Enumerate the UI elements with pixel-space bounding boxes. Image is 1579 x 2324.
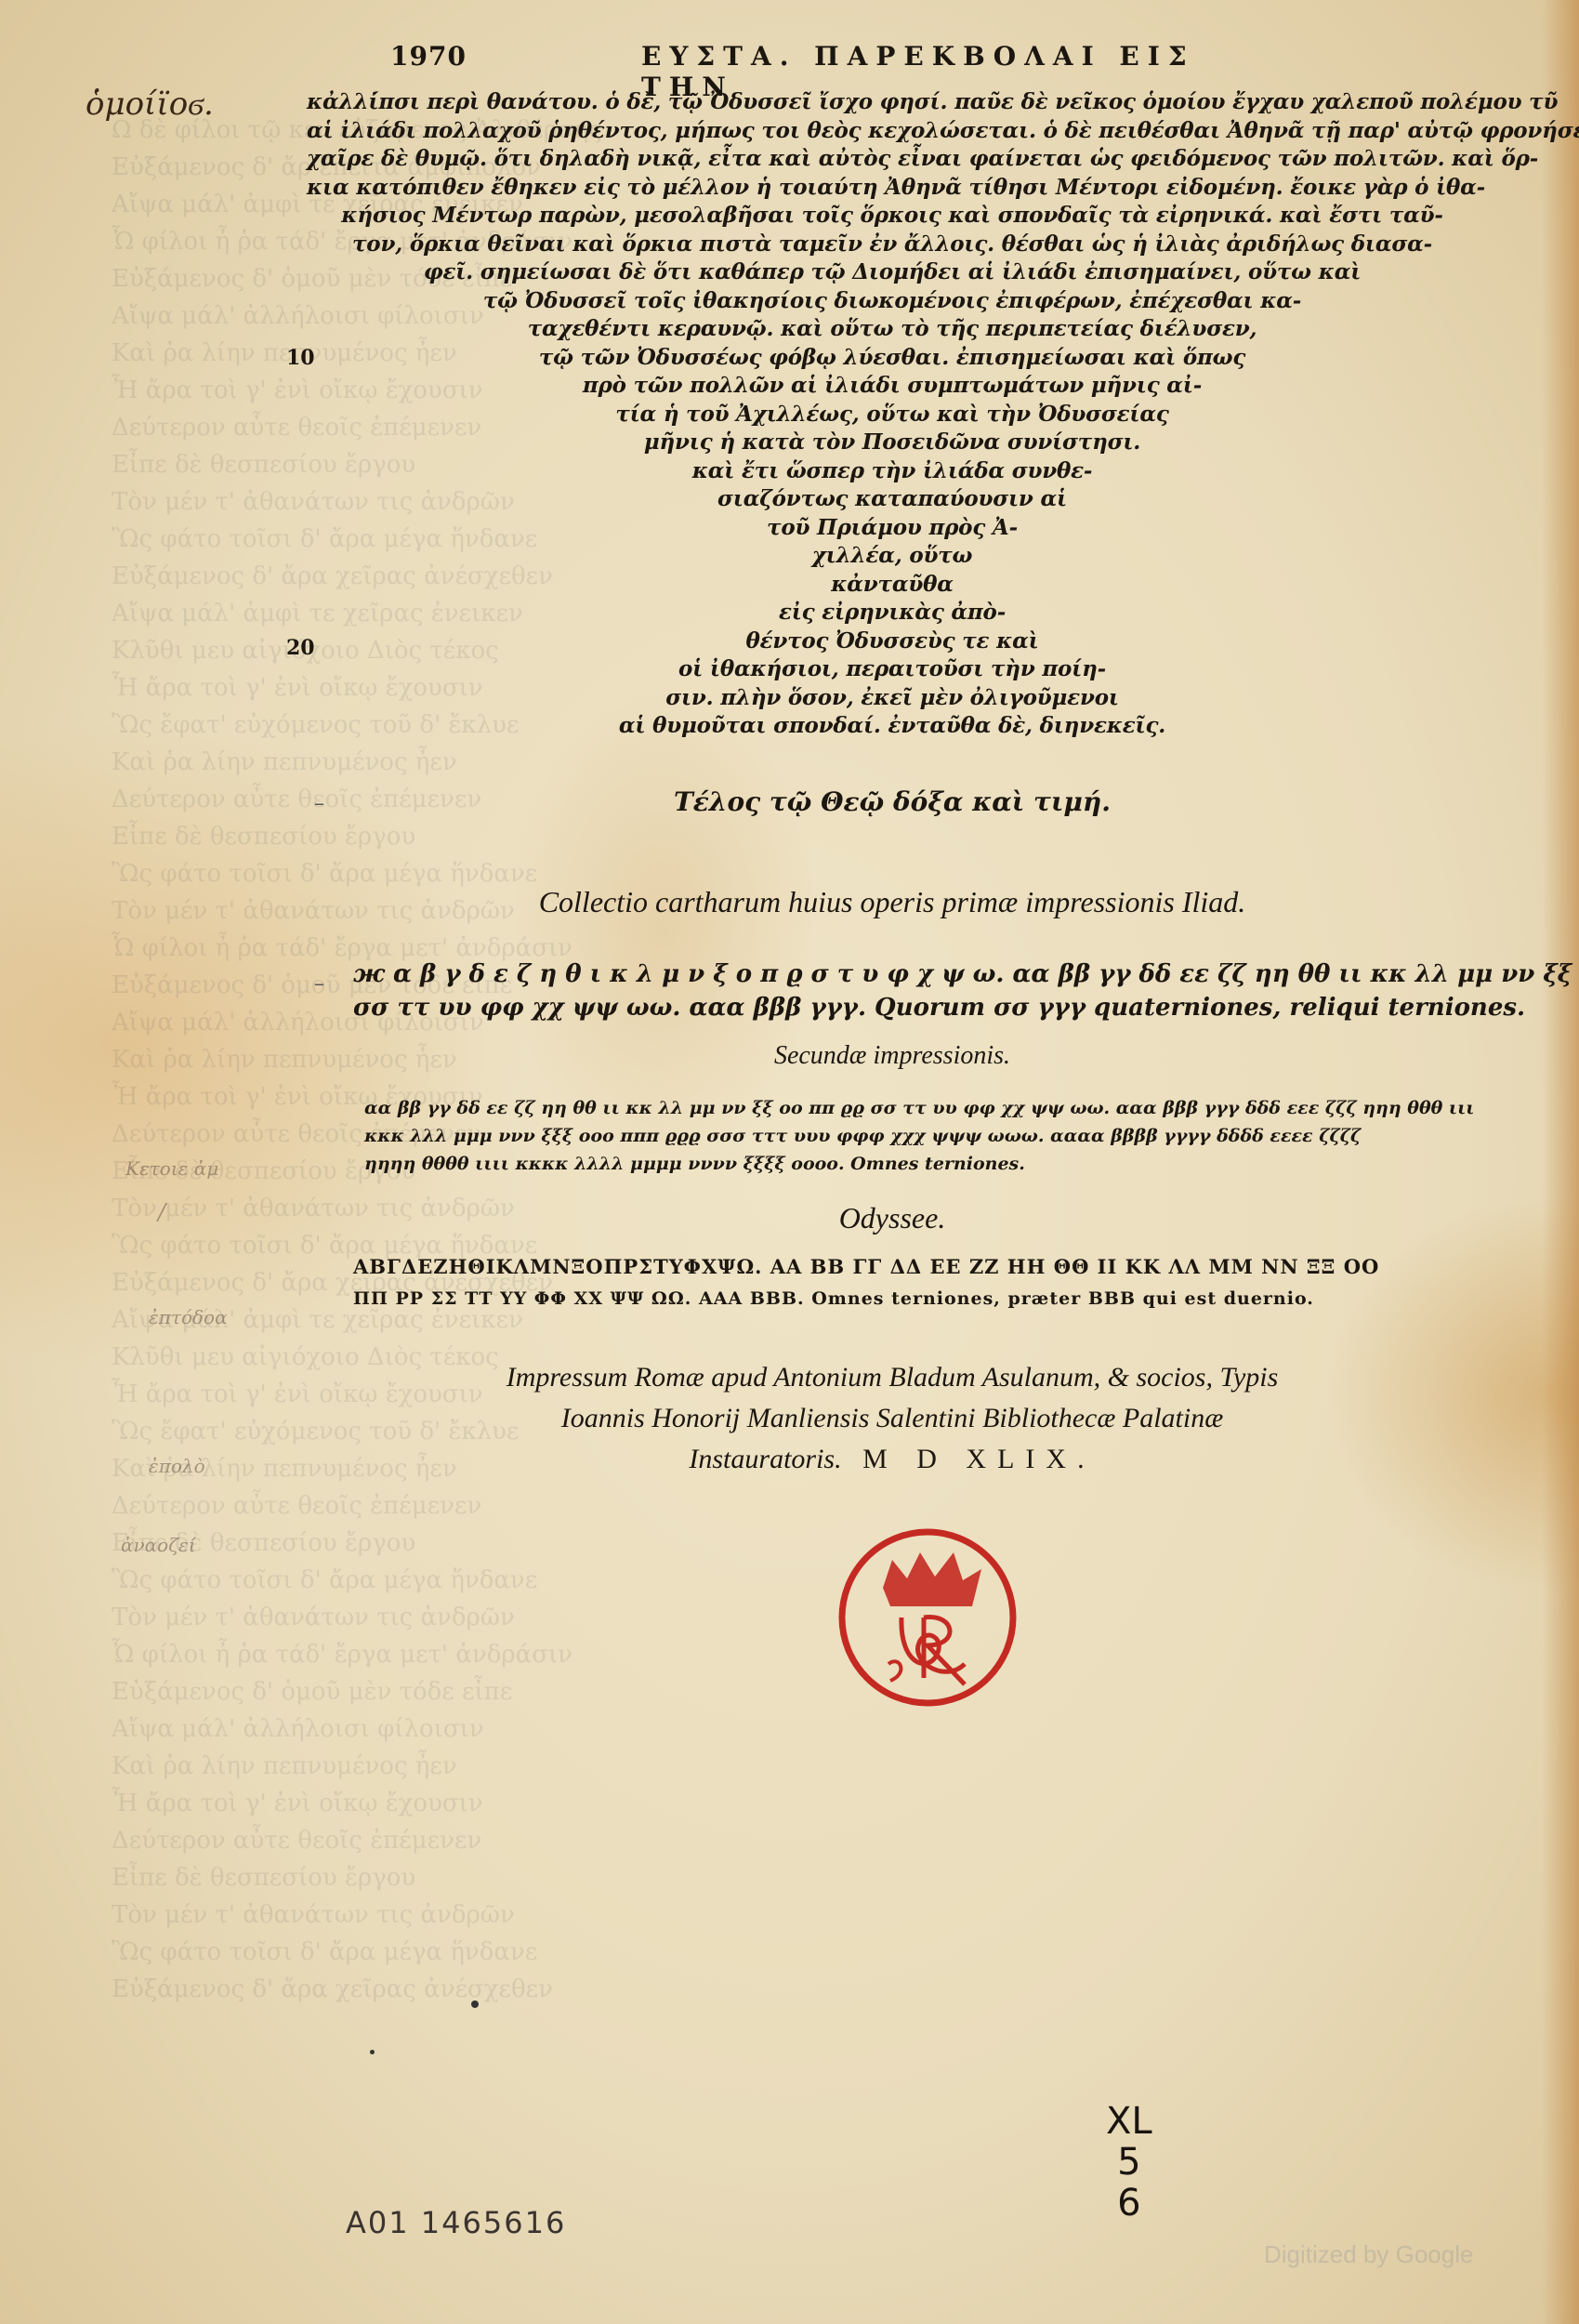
page-header: 1970 ΕΥΣΤΑ. ΠΑΡΕΚΒΟΛΑΙ ΕΙΣ ΤΗΝ [390,41,1301,78]
text-line: τῷ τῶν Ὀδυσσέως φόβῳ λύεσθαι. ἐπισημείωσ… [307,344,1478,373]
colophon-line: Impressum Romæ apud Antonium Bladum Asul… [307,1357,1478,1398]
shelfmark-handwritten: A01 1465616 [346,2205,566,2240]
commentary-body: κἀλλί̇πσι περὶ θανάτου. ὁ δὲ, τῷ Ὀδυσσεῖ… [307,88,1478,741]
signature-register-line: ΠΠ ΡΡ ΣΣ ΤΤ ΥΥ ΦΦ ΧΧ ΨΨ ΩΩ. ΑΑΑ ΒΒΒ. Omn… [353,1283,1487,1314]
folio-note-line: XL [1106,2101,1152,2142]
margin-note-faint: ἀναοζεί [121,1534,196,1556]
finis-line: Τέλος τῷ Θεῷ δόξα καὶ τιμή. [307,786,1478,817]
margin-note-faint: ἐπολὸ [149,1455,205,1477]
folio-note-handwritten: XL 5 6 [1106,2101,1152,2224]
page-edge-shadow [1542,0,1579,2324]
text-line: καὶ ἔτι ὥσπερ τὴν ἰλιάδα συνθε- [307,457,1478,486]
text-line: θέντος Ὀδυσσεὺς τε καὶ [307,627,1478,656]
signature-register-line: ΑΒΓΔΕΖΗΘΙΚΛΜΝΞΟΠΡΣΤΥΦΧΨΩ. ΑΑ ΒΒ ΓΓ ΔΔ ΕΕ… [353,1251,1487,1283]
margin-note-faint: ἐπτόδοα [149,1306,228,1328]
text-line: κἀνταῦθα [307,571,1478,600]
text-line: φεῖ. σημείωσαι δὲ ὅτι καθάπερ τῷ Διομήδε… [307,258,1478,287]
text-line: κια κατόπιθεν ἔθηκεν εἰς τὸ μέλλον ἡ τοι… [307,174,1478,203]
text-line: αἱ θυμοῦται σπονδαί. ἐνταῦθα δὲ, διηνεκε… [307,712,1478,741]
text-line: αἱ ἰλιάδι πολλαχοῦ ῥηθέντος, μήπως τοι θ… [307,117,1478,146]
text-line: τῷ Ὀδυσσεῖ τοῖς ἰθακησίοις διωκομένοις ἐ… [307,287,1478,316]
library-stamp-icon [835,1525,1020,1710]
text-line: σιν. πλὴν ὅσον, ἐκεῖ μὲν ὀλιγοῦμενοι [307,684,1478,713]
page-number: 1970 [390,41,467,72]
text-line: τον, ὅρκια θεῖναι καὶ ὅρκια πιστὰ ταμεῖν… [307,231,1478,259]
text-line: ταχεθέντι κεραυνῷ. καὶ οὕτω τὸ τῆς περιπ… [307,315,1478,344]
colophon-text: Instauratoris. [689,1444,841,1474]
signature-register-line: ηηηη θθθθ ιιιι κκκκ λλλλ μμμμ νννν ξξξξ … [364,1150,1498,1178]
signature-register-line: σσ ττ υυ φφ χχ ψψ ωω. ααα βββ γγγ. Quoru… [353,991,1487,1024]
digitization-watermark: Digitized by Google [1264,2240,1473,2269]
text-line: τία ἡ τοῦ Ἀχιλλέως, οὕτω καὶ τὴν Ὀδυσσεί… [307,401,1478,429]
text-line: οἱ ἰθακήσιοι, περαιτοῦσι τὴν ποίη- [307,655,1478,684]
folio-note-line: 6 [1106,2183,1152,2224]
text-line: εἰς εἰρηνικὰς ἀπὸ- [307,599,1478,627]
text-line: μῆνις ἡ κατὰ τὸν Ποσειδῶνα συνίστησι. [307,429,1478,457]
imprint-year: M D XLIX. [862,1444,1096,1474]
folio-note-line: 5 [1106,2142,1152,2183]
margin-tick-mark: / [158,1199,165,1225]
colophon-line: Ioannis Honorij Manliensis Salentini Bib… [307,1398,1478,1439]
signature-register-line: κκκ λλλ μμμ ννν ξξξ οοο πππ ϱϱϱ σσσ τττ … [364,1122,1498,1150]
ink-speck [370,2050,375,2054]
margin-note-faint: Κετοιε ἀμ [125,1157,218,1180]
margin-note-handwritten: ὁμοίϊοϭ. [86,86,214,123]
ink-speck [471,2000,479,2008]
signature-register-line: αα ββ γγ δδ εε ζζ ηη θθ ιι κκ λλ μμ νν ξ… [364,1094,1498,1122]
signature-register-line: ж α β γ δ ε ζ η θ ι κ λ μ ν ξ ο π ϱ σ τ … [353,957,1487,991]
text-line: χαῖρε δὲ θυμῷ. ὅτι δηλαδὴ νικᾷ, εἶτα καὶ… [307,145,1478,174]
text-line: χιλλέα, οὕτω [307,542,1478,571]
colophon-line: Instauratoris. M D XLIX. [307,1439,1478,1480]
text-line: πρὸ τῶν πολλῶν αἱ ἰλιάδι συμπτωμάτων μῆν… [307,372,1478,401]
text-line: κήσιος Μέντωρ παρὼν, μεσολαβῆσαι τοῖς ὅρ… [307,202,1478,231]
collation-heading-odyssey: Odyssee. [307,1201,1478,1235]
text-line: σιαζόντως καταπαύουσιν αἱ [307,485,1478,514]
collation-heading-second: Secundæ impressionis. [307,1041,1478,1071]
margin-dash: – [314,972,324,996]
text-line: κἀλλί̇πσι περὶ θανάτου. ὁ δὲ, τῷ Ὀδυσσεῖ… [307,88,1478,117]
collation-heading-iliad: Collectio cartharum huius operis primæ i… [307,885,1478,919]
text-line: τοῦ Πριάμου πρὸς Ἀ- [307,514,1478,543]
